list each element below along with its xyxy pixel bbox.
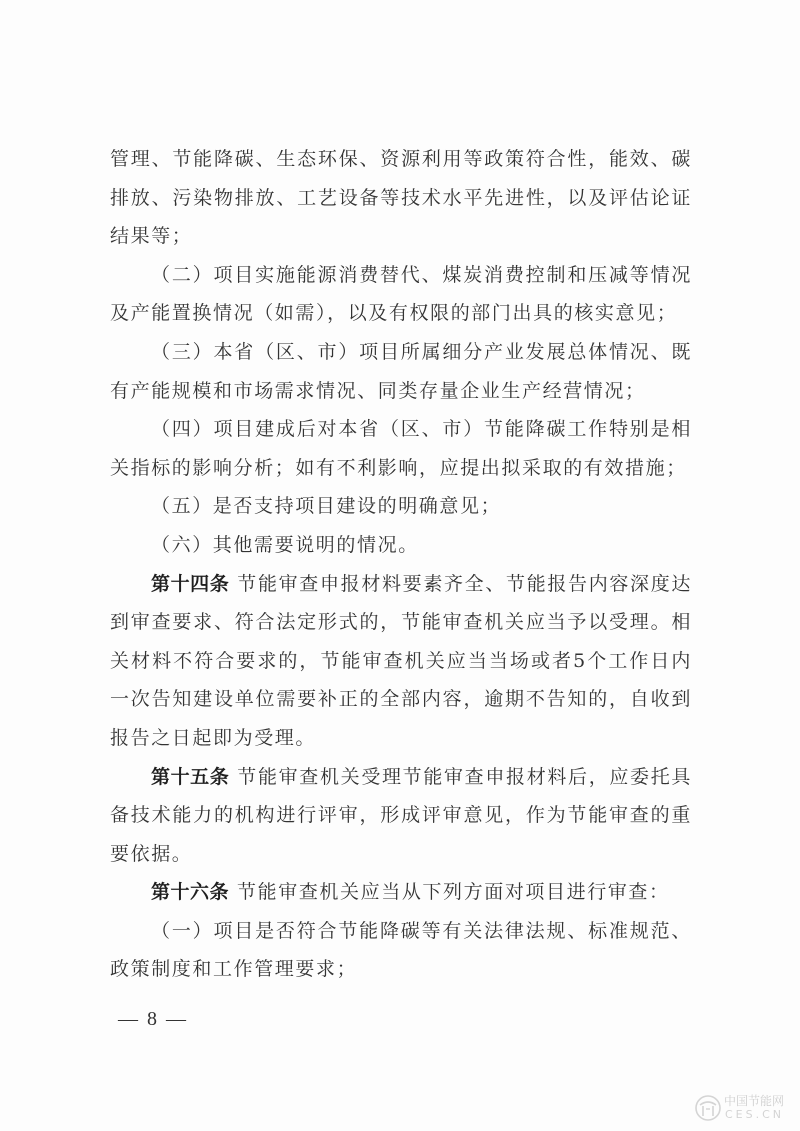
paragraph-text: 节能审查机关应当从下列方面对项目进行审查： xyxy=(237,881,670,903)
paragraph-item-5: （五）是否支持项目建设的明确意见； xyxy=(110,487,692,526)
article-16: 第十六条节能审查机关应当从下列方面对项目进行审查： xyxy=(110,873,692,912)
paragraph-item-6: （六）其他需要说明的情况。 xyxy=(110,526,692,565)
paragraph-item-2: （二）项目实施能源消费替代、煤炭消费控制和压减等情况及产能置换情况（如需），以及… xyxy=(110,256,692,333)
document-body: 管理、节能降碳、生态环保、资源利用等政策符合性，能效、碳排放、污染物排放、工艺设… xyxy=(110,140,692,989)
article-15: 第十五条节能审查机关受理节能审查申报材料后，应委托具备技术能力的机构进行评审，形… xyxy=(110,758,692,874)
article-14: 第十四条节能审查申报材料要素齐全、节能报告内容深度达到审查要求、符合法定形式的，… xyxy=(110,565,692,758)
watermark-name-en: CES.CN xyxy=(725,1108,784,1121)
paragraph-text: 管理、节能降碳、生态环保、资源利用等政策符合性，能效、碳排放、污染物排放、工艺设… xyxy=(110,148,692,247)
site-watermark: 中国节能网 CES.CN xyxy=(694,1088,798,1128)
document-page: 管理、节能降碳、生态环保、资源利用等政策符合性，能效、碳排放、污染物排放、工艺设… xyxy=(0,0,800,1131)
article-number: 第十五条 xyxy=(151,766,229,788)
paragraph-text: 节能审查申报材料要素齐全、节能报告内容深度达到审查要求、符合法定形式的，节能审查… xyxy=(110,573,692,749)
paragraph-text: （三）本省（区、市）项目所属细分产业发展总体情况、既有产能规模和市场需求情况、同… xyxy=(110,341,692,402)
paragraph-text: （四）项目建成后对本省（区、市）节能降碳工作特别是相关指标的影响分析；如有不利影… xyxy=(110,418,692,479)
paragraph-text: （二）项目实施能源消费替代、煤炭消费控制和压减等情况及产能置换情况（如需），以及… xyxy=(110,264,692,325)
paragraph-criteria-continued: 管理、节能降碳、生态环保、资源利用等政策符合性，能效、碳排放、污染物排放、工艺设… xyxy=(110,140,692,256)
paragraph-item-3: （三）本省（区、市）项目所属细分产业发展总体情况、既有产能规模和市场需求情况、同… xyxy=(110,333,692,410)
article-number: 第十六条 xyxy=(151,881,229,903)
paragraph-review-item-1: （一）项目是否符合节能降碳等有关法律法规、标准规范、政策制度和工作管理要求； xyxy=(110,912,692,989)
ces-logo-icon xyxy=(694,1094,722,1122)
article-number: 第十四条 xyxy=(151,573,229,595)
paragraph-text: （一）项目是否符合节能降碳等有关法律法规、标准规范、政策制度和工作管理要求； xyxy=(110,920,692,981)
page-number: — 8 — xyxy=(118,1008,188,1031)
paragraph-item-4: （四）项目建成后对本省（区、市）节能降碳工作特别是相关指标的影响分析；如有不利影… xyxy=(110,410,692,487)
paragraph-text: （六）其他需要说明的情况。 xyxy=(151,534,419,556)
watermark-name-cn: 中国节能网 xyxy=(724,1092,784,1109)
paragraph-text: （五）是否支持项目建设的明确意见； xyxy=(151,495,501,517)
